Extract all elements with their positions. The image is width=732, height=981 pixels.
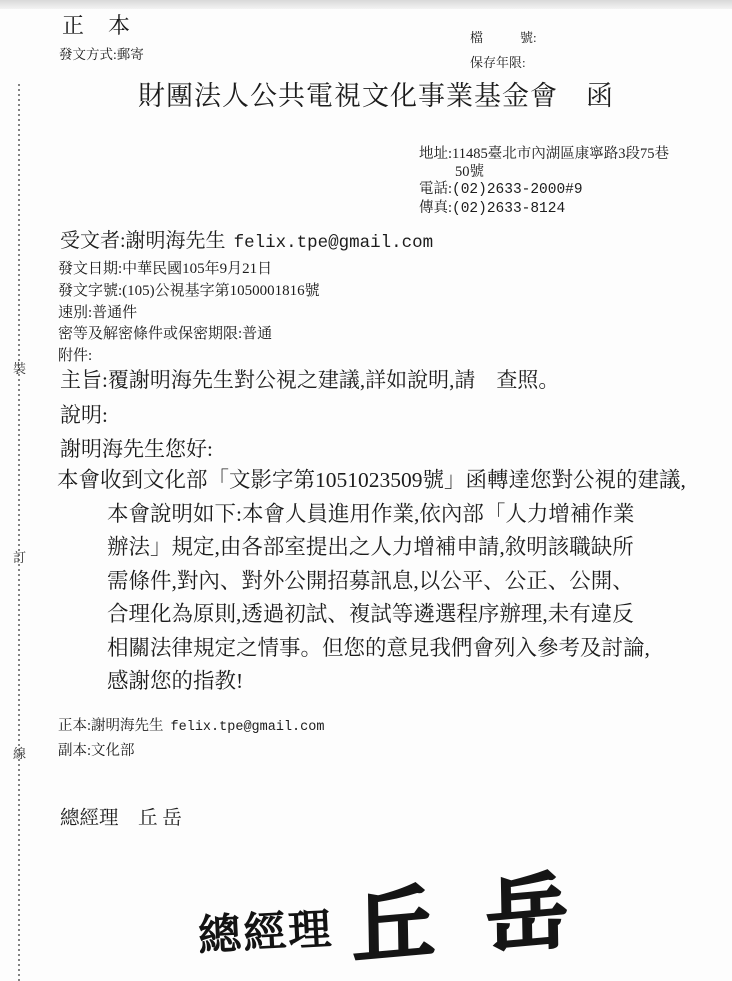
speed-class-line: 速別:普通件 (58, 303, 320, 325)
binding-dotted-line (18, 84, 20, 981)
cc-line: 副本:文化部 (58, 740, 324, 763)
body-paragraph-line: 感謝您的指教! (107, 665, 686, 699)
greeting-line: 謝明海先生您好: (60, 433, 213, 463)
explanation-label: 說明: (60, 399, 108, 429)
file-number-colon: : (533, 30, 537, 45)
body-paragraph-line: 本會說明如下:本會人員進用作業,依內部「人力增補作業 (107, 498, 686, 532)
original-copy-line: 正本:謝明海先生felix.tpe@gmail.com (58, 715, 324, 740)
sender-phone: 電話:(02)2633-2000#9 (419, 181, 669, 200)
signer-title-line: 總經理 丘 岳 (60, 802, 182, 830)
sender-address-line2: 50號 (419, 164, 669, 182)
official-letter-page: 裝 訂 線 正 本 發文方式:郵寄 檔號: 保存年限: 財團法人公共電視文化事業… (0, 0, 732, 981)
signature-handwritten-name: 丘岳 (351, 841, 620, 981)
recipient-line: 受文者:謝明海先生felix.tpe@gmail.com (60, 224, 433, 253)
retention-period-label: 保存年限: (470, 52, 526, 71)
sender-fax: 傳真:(02)2633-8124 (419, 200, 669, 219)
sender-contact-block: 地址:11485臺北市內湖區康寧路3段75巷 50號 電話:(02)2633-2… (419, 146, 669, 218)
binding-mark-xian: 線 (12, 747, 27, 761)
file-number-char1: 檔 (470, 27, 483, 46)
binding-mark-ding: 訂 (12, 551, 27, 565)
file-number-label: 檔號: (470, 27, 537, 46)
file-number-char2: 號 (520, 27, 533, 46)
body-paragraph: 本會收到文化部「文影字第1051023509號」函轉達您對公視的建議, 本會說明… (57, 464, 686, 699)
copy-type-label: 正 本 (62, 9, 131, 40)
subject-line: 主旨:覆謝明海先生對公視之建議,詳如說明,請 查照。 (60, 364, 559, 394)
body-paragraph-line: 辦法」規定,由各部室提出之人力增補申請,敘明該職缺所 (107, 531, 686, 565)
binding-mark-zhuang: 裝 (12, 362, 27, 376)
send-date-line: 發文日期:中華民國105年9月21日 (58, 259, 320, 281)
recipient-name: 受文者:謝明海先生 (60, 230, 226, 252)
document-meta-block: 發文日期:中華民國105年9月21日 發文字號:(105)公視基字第105000… (58, 259, 320, 368)
body-paragraph-line: 本會收到文化部「文影字第1051023509號」函轉達您對公視的建議, (57, 464, 686, 498)
signature-title-stamp: 總經理 (196, 896, 334, 964)
doc-number-line: 發文字號:(105)公視基字第1050001816號 (58, 281, 320, 303)
sender-fax-value: (02)2633-8124 (452, 201, 565, 217)
document-title: 財團法人公共電視文化事業基金會 函 (10, 74, 732, 113)
recipient-email: felix.tpe@gmail.com (234, 233, 434, 253)
sender-address-line1: 地址:11485臺北市內湖區康寧路3段75巷 (419, 146, 669, 164)
original-copy-email: felix.tpe@gmail.com (171, 720, 325, 735)
original-copy-label: 正本:謝明海先生 (58, 718, 164, 734)
delivery-method-label: 發文方式:郵寄 (59, 43, 144, 63)
body-paragraph-line: 需條件,對內、對外公開招募訊息,以公平、公正、公開、 (107, 565, 686, 599)
distribution-block: 正本:謝明海先生felix.tpe@gmail.com 副本:文化部 (58, 715, 324, 762)
scan-edge-shadow (0, 0, 732, 9)
security-class-line: 密等及解密條件或保密期限:普通 (58, 324, 320, 346)
sender-fax-label: 傳真: (419, 200, 452, 216)
body-paragraph-line: 相關法律規定之情事。但您的意見我們會列入參考及討論, (107, 632, 686, 666)
sender-phone-label: 電話: (419, 181, 452, 197)
body-paragraph-line: 合理化為原則,透過初試、複試等遴選程序辦理,未有違反 (107, 598, 686, 632)
sender-phone-value: (02)2633-2000#9 (452, 182, 583, 198)
